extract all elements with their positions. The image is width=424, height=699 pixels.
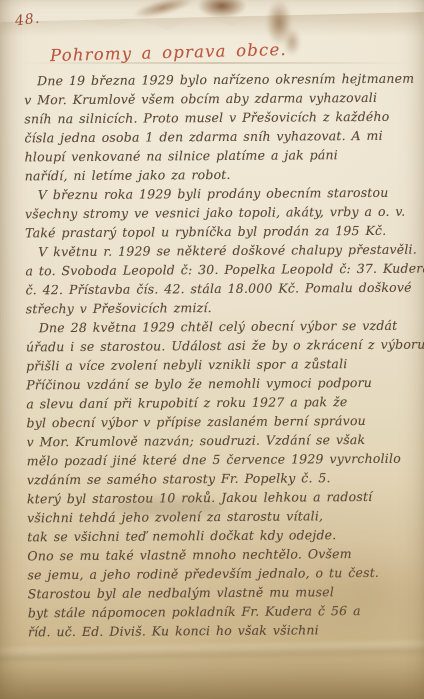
manuscript-page: 48. Pohromy a oprava obce. Dne 19 března… [0, 0, 424, 699]
manuscript-line: byt stále nápomocen pokladník Fr. Kudera… [28, 601, 414, 623]
page-number: 48. [14, 11, 41, 30]
paper-wrinkle [0, 641, 424, 661]
manuscript-line: který byl starostou 10 roků. Jakou lehko… [27, 487, 413, 509]
manuscript-line: říd. uč. Ed. Diviš. Ku konci ho však vši… [28, 620, 414, 642]
manuscript-line: úřadu i se starostou. Událost asi že by … [26, 335, 412, 357]
manuscript-body: Dne 19 března 1929 bylo nařízeno okresní… [24, 69, 414, 642]
manuscript-line: Příčinou vzdání se bylo že nemohli vymoc… [26, 373, 412, 395]
manuscript-line: se jemu, a jeho rodině především jednalo… [27, 563, 413, 585]
manuscript-line: čísla jedna osoba 1 den zdarma sníh vyha… [24, 126, 410, 148]
manuscript-line: mělo pozadí jiné které dne 5 července 19… [27, 449, 413, 471]
manuscript-line: č. 42. Přístavba čís. 42. stála 18.000 K… [25, 278, 411, 300]
